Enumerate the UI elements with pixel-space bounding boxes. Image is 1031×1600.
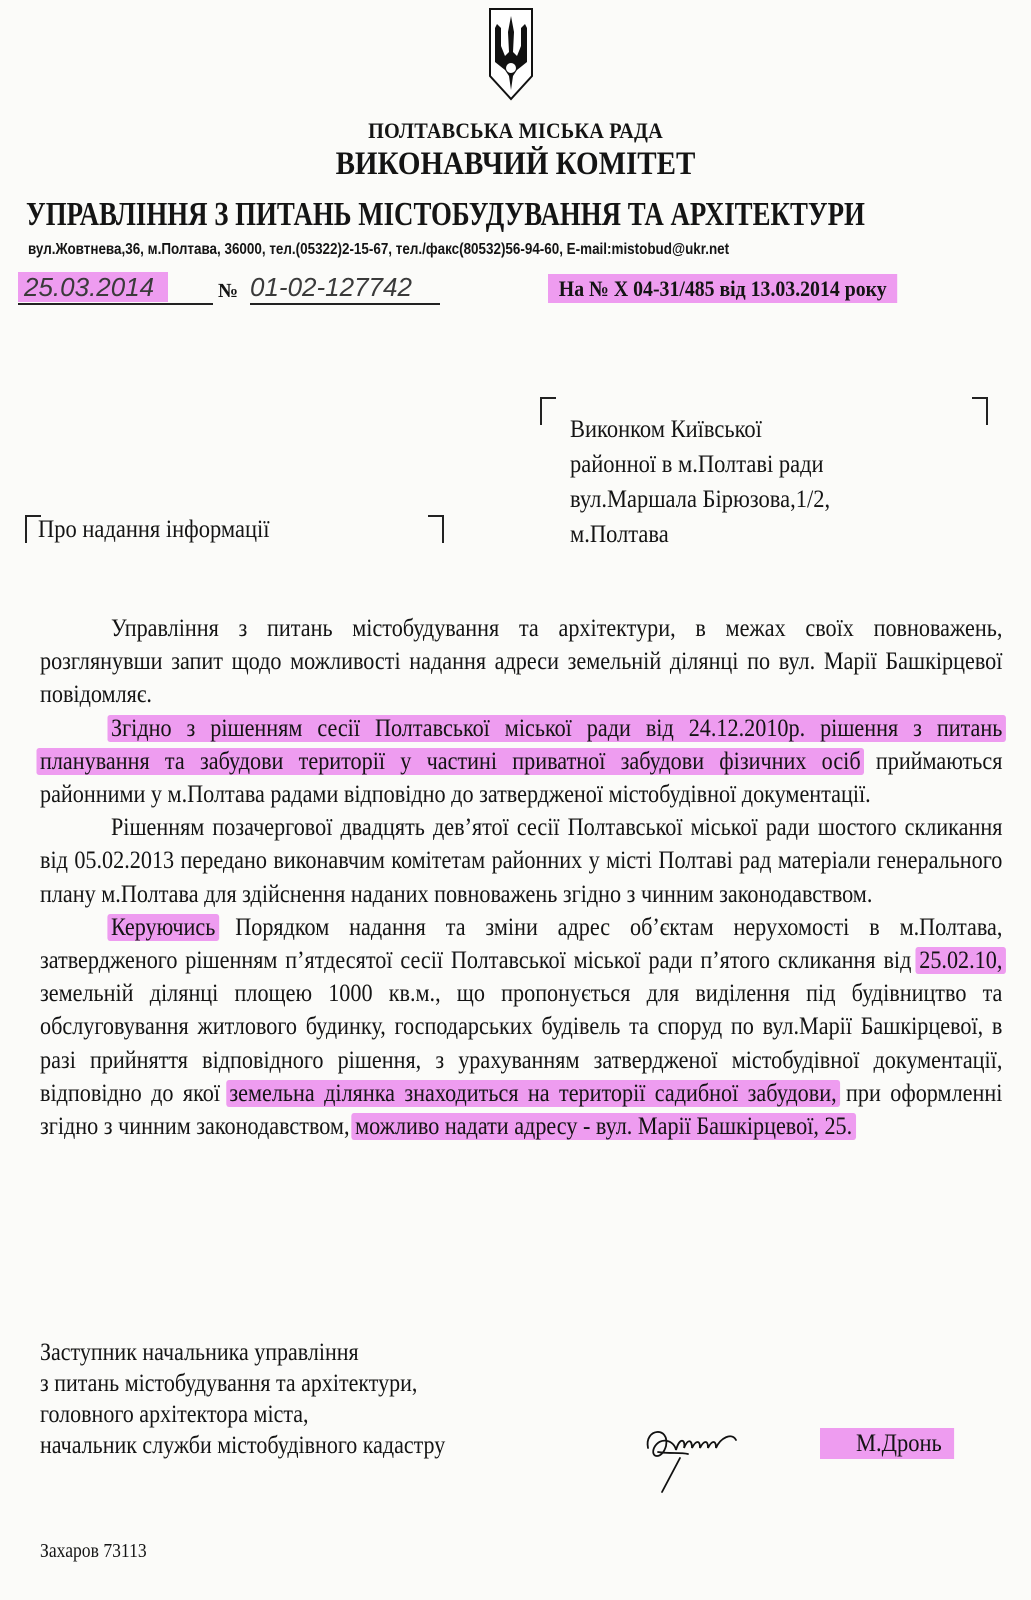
letter-body: Управління з питань містобудування та ар…: [40, 612, 1002, 1143]
highlighted-text: Керуючись: [107, 914, 218, 941]
department-name: УПРАВЛІННЯ З ПИТАНЬ МІСТОБУДУВАННЯ ТА АР…: [26, 196, 865, 234]
recipient-line: вул.Маршала Бірюзова,1/2,: [570, 482, 830, 517]
signer-name: М.Дронь: [820, 1430, 954, 1458]
paragraph-3: Рішенням позачергової двадцять дев’ятої …: [40, 811, 1002, 911]
council-name: ПОЛТАВСЬКА МІСЬКА РАДА: [41, 118, 990, 144]
subject-bracket-right: [428, 515, 444, 543]
number-sign: №: [218, 280, 238, 303]
committee-name: ВИКОНАВЧИЙ КОМІТЕТ: [62, 146, 969, 183]
paragraph-1: Управління з питань містобудування та ар…: [40, 612, 1002, 712]
trident-coat-of-arms-icon: [487, 6, 535, 102]
highlighted-text: земельна ділянка знаходиться на територі…: [226, 1080, 840, 1107]
paragraph-2: Згідно з рішенням сесії Полтавської місь…: [40, 712, 1002, 812]
highlighted-text: 25.02.10,: [916, 947, 1006, 974]
bracket-top-left: [540, 397, 556, 425]
paragraph-4: Керуючись Порядком надання та зміни адре…: [40, 911, 1002, 1143]
registration-date: 25.03.2014: [18, 272, 213, 305]
registration-number: 01-02-127742: [250, 272, 440, 305]
letter-subject: Про надання інформації: [38, 516, 270, 544]
recipient-line: м.Полтава: [570, 517, 830, 552]
recipient-line: Виконком Київської: [570, 412, 830, 447]
recipient-address: Виконком Київської районної в м.Полтаві …: [570, 412, 830, 552]
executor-contact: Захаров 73113: [40, 1540, 147, 1563]
highlighted-text: можливо надати адресу - вул. Марії Башкі…: [352, 1113, 856, 1140]
handwritten-signature-icon: [640, 1418, 760, 1498]
reference-number: На № Х 04-31/485 від 13.03.2014 року: [548, 276, 897, 302]
recipient-line: районної в м.Полтаві ради: [570, 447, 830, 482]
department-contacts: вул.Жовтнева,36, м.Полтава, 36000, тел.(…: [28, 241, 729, 259]
bracket-top-right: [972, 397, 988, 425]
signer-title: Заступник начальника управління з питань…: [40, 1337, 445, 1461]
